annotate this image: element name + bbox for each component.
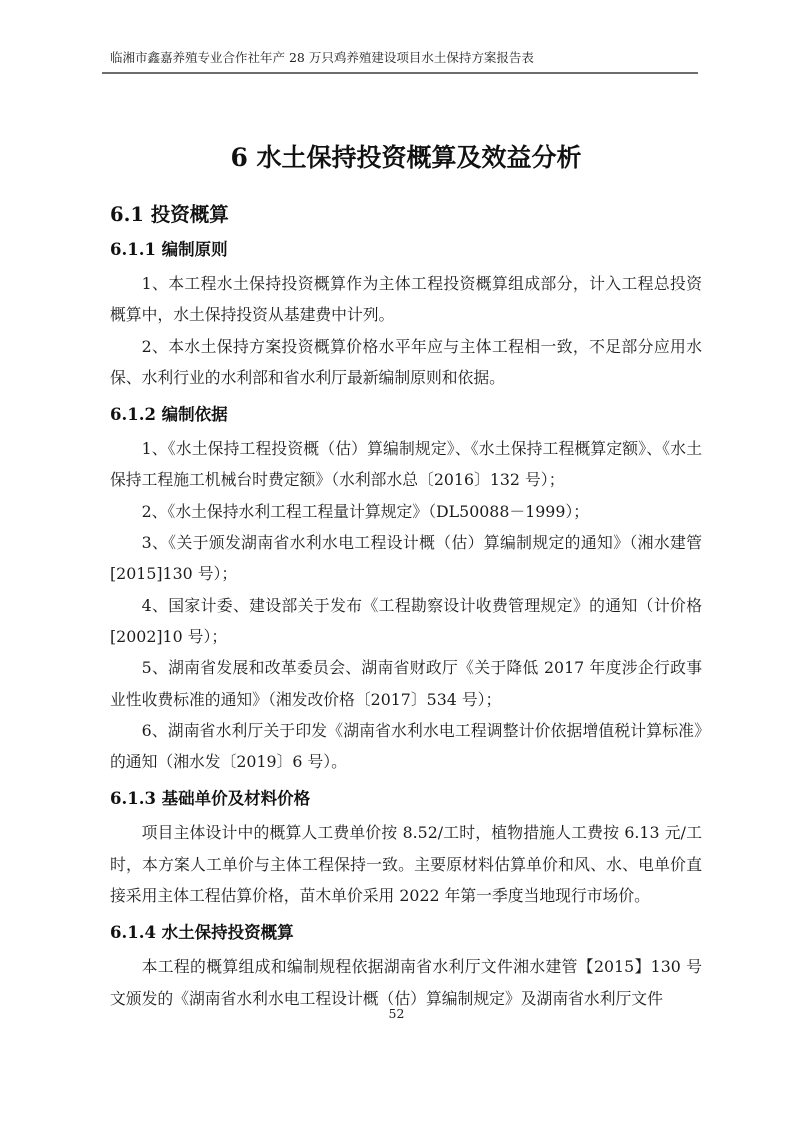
- page-number: 52: [0, 1006, 793, 1022]
- chapter-title: 6 水土保持投资概算及效益分析: [110, 142, 702, 174]
- running-header: 临湘市鑫嘉养殖专业合作社年产 28 万只鸡养殖建设项目水土保持方案报告表: [102, 50, 698, 74]
- subsection-heading: 6.1.4 水土保持投资概算: [110, 921, 702, 945]
- paragraph: 6、湖南省水利厅关于印发《湖南省水利水电工程调整计价依据增值税计算标准》的通知（…: [110, 715, 702, 778]
- paragraph: 1、本工程水土保持投资概算作为主体工程投资概算组成部分，计入工程总投资概算中，水…: [110, 268, 702, 331]
- paragraph: 2、《水土保持水利工程工程量计算规定》（DL50088－1999）；: [110, 496, 702, 527]
- subsection-heading: 6.1.3 基础单价及材料价格: [110, 787, 702, 811]
- subsection-heading: 6.1.2 编制依据: [110, 403, 702, 427]
- paragraph: 1、《水土保持工程投资概（估）算编制规定》、《水土保持工程概算定额》、《水土保持…: [110, 433, 702, 496]
- subsection-heading: 6.1.1 编制原则: [110, 238, 702, 262]
- document-page: 临湘市鑫嘉养殖专业合作社年产 28 万只鸡养殖建设项目水土保持方案报告表 6 水…: [0, 0, 793, 1122]
- paragraph: 项目主体设计中的概算人工费单价按 8.52/工时，植物措施人工费按 6.13 元…: [110, 817, 702, 911]
- section-heading: 6.1 投资概算: [110, 202, 702, 228]
- paragraph: 4、国家计委、建设部关于发布《工程勘察设计收费管理规定》的通知（计价格 [200…: [110, 590, 702, 653]
- document-body: 6 水土保持投资概算及效益分析 6.1 投资概算6.1.1 编制原则1、本工程水…: [110, 130, 702, 1014]
- paragraph: 5、湖南省发展和改革委员会、湖南省财政厅《关于降低 2017 年度涉企行政事业性…: [110, 652, 702, 715]
- paragraph: 2、本水土保持方案投资概算价格水平年应与主体工程相一致，不足部分应用水保、水利行…: [110, 331, 702, 394]
- paragraph: 3、《关于颁发湖南省水利水电工程设计概（估）算编制规定的通知》（湘水建管[201…: [110, 527, 702, 590]
- paragraph: 本工程的概算组成和编制规程依据湖南省水利厅文件湘水建管【2015】130 号文颁…: [110, 951, 702, 1014]
